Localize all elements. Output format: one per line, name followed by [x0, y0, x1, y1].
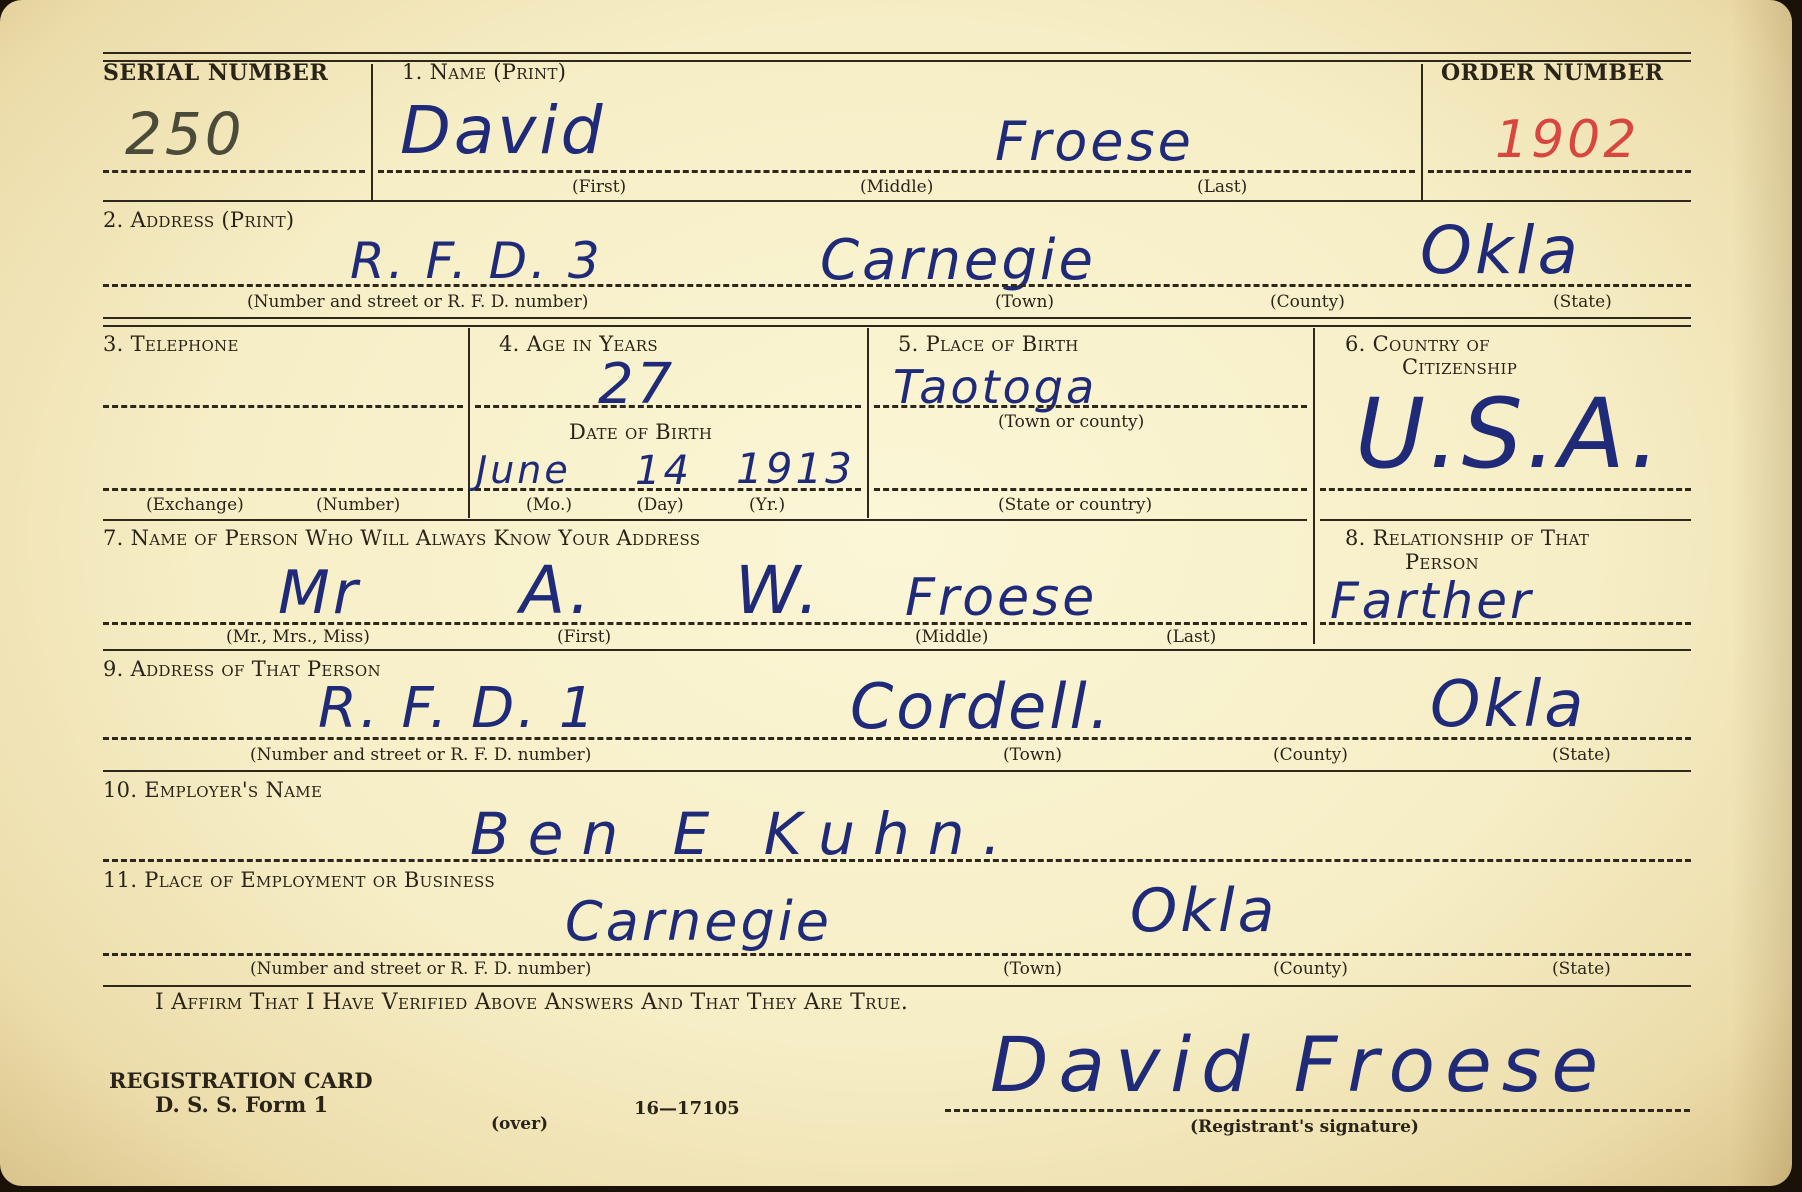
place-of-birth-label: 5. Place of Birth	[898, 332, 1079, 356]
col-divider-2	[867, 328, 869, 518]
relationship-label-1: 8. Relationship of That	[1345, 526, 1589, 550]
contact-addr-state-caption: (State)	[1552, 745, 1611, 765]
contact-name-line	[103, 622, 1307, 625]
contact-name-label: 7. Name of Person Who Will Always Know Y…	[103, 526, 700, 550]
dob-year-value: 1913	[736, 444, 855, 493]
row2-rule-1	[103, 317, 1691, 319]
form-title: REGISTRATION CARD	[109, 1068, 373, 1093]
dob-line	[475, 488, 861, 491]
serial-line	[103, 170, 365, 173]
name-middle-caption: (Middle)	[860, 177, 933, 197]
dob-mo-caption: (Mo.)	[526, 495, 572, 515]
contact-first-caption: (First)	[557, 627, 611, 647]
order-number-label: ORDER NUMBER	[1441, 60, 1664, 86]
telephone-label: 3. Telephone	[103, 332, 239, 356]
contact-first-value: A.	[520, 552, 593, 629]
citizenship-label-1: 6. Country of	[1345, 332, 1490, 356]
name-label: 1. Name (Print)	[402, 60, 566, 84]
date-of-birth-label: Date of Birth	[569, 420, 712, 444]
contact-middle-value: W.	[735, 552, 822, 629]
contact-title-value: Mr	[278, 558, 360, 628]
name-last-caption: (Last)	[1197, 177, 1247, 197]
col-divider-1	[468, 328, 470, 518]
tel-number-caption: (Number)	[316, 495, 400, 515]
name-first-value: David	[400, 92, 606, 169]
row7-bottom-rule	[103, 649, 1691, 651]
telephone-line	[103, 405, 463, 408]
employer-label: 10. Employer's Name	[103, 778, 322, 802]
row3-bottom-rule	[103, 519, 1307, 521]
contact-title-caption: (Mr., Mrs., Miss)	[226, 627, 370, 647]
address-county-caption: (County)	[1270, 292, 1345, 312]
relationship-line	[1320, 622, 1691, 625]
address-line	[103, 284, 1691, 287]
serial-number-label: SERIAL NUMBER	[103, 60, 328, 86]
contact-middle-caption: (Middle)	[915, 627, 988, 647]
dob-month-value: June	[476, 448, 571, 492]
tel-exchange-caption: (Exchange)	[146, 495, 244, 515]
employment-town-value: Carnegie	[565, 890, 832, 953]
card-edge-shadow	[1732, 0, 1792, 1186]
address-state-caption: (State)	[1553, 292, 1612, 312]
affirmation-text: I Affirm That I Have Verified Above Answ…	[155, 990, 908, 1015]
address-label: 2. Address (Print)	[103, 208, 294, 232]
row2-rule-2	[103, 325, 1691, 327]
employment-line	[103, 953, 1691, 956]
pob-town-caption: (Town or county)	[998, 412, 1144, 432]
age-line	[475, 405, 861, 408]
contact-addr-town-value: Cordell.	[850, 670, 1112, 743]
print-code: 16—17105	[634, 1098, 740, 1119]
contact-addr-street-caption: (Number and street or R. F. D. number)	[250, 745, 591, 765]
contact-addr-county-caption: (County)	[1273, 745, 1348, 765]
pob-state-caption: (State or country)	[998, 495, 1152, 515]
serial-divider	[371, 64, 373, 200]
col-divider-3	[1313, 328, 1315, 644]
row1-bottom-rule	[103, 200, 1691, 202]
signature-value: David Froese	[990, 1020, 1608, 1109]
address-street-value: R. F. D. 3	[350, 232, 603, 290]
address-street-caption: (Number and street or R. F. D. number)	[247, 292, 588, 312]
name-last-value: Froese	[995, 110, 1194, 173]
contact-addr-town-caption: (Town)	[1003, 745, 1062, 765]
dob-day-caption: (Day)	[637, 495, 684, 515]
citizenship-line	[1320, 488, 1691, 491]
order-number-value: 1902	[1495, 110, 1639, 170]
emp-state-caption: (State)	[1552, 959, 1611, 979]
name-first-caption: (First)	[572, 177, 626, 197]
contact-last-value: Froese	[905, 568, 1097, 628]
row11-bottom-rule	[103, 985, 1691, 987]
citizenship-value: U.S.A.	[1355, 378, 1663, 490]
relationship-label-2: Person	[1405, 550, 1479, 574]
dob-yr-caption: (Yr.)	[749, 495, 785, 515]
order-line	[1428, 170, 1691, 173]
employment-place-label: 11. Place of Employment or Business	[103, 868, 495, 892]
employer-line	[103, 859, 1691, 862]
emp-county-caption: (County)	[1273, 959, 1348, 979]
pob-town-line	[874, 405, 1307, 408]
name-line	[378, 170, 1415, 173]
registration-card: SERIAL NUMBER 1. Name (Print) ORDER NUMB…	[0, 0, 1792, 1186]
emp-town-caption: (Town)	[1003, 959, 1062, 979]
address-state-value: Okla	[1420, 212, 1581, 289]
address-town-caption: (Town)	[995, 292, 1054, 312]
signature-caption: (Registrant's signature)	[1190, 1117, 1419, 1137]
emp-street-caption: (Number and street or R. F. D. number)	[250, 959, 591, 979]
contact-last-caption: (Last)	[1166, 627, 1216, 647]
top-rule	[103, 52, 1691, 54]
employment-state-value: Okla	[1130, 876, 1277, 946]
employer-value: Ben E Kuhn.	[470, 800, 1019, 868]
signature-line[interactable]	[945, 1109, 1690, 1112]
over-note: (over)	[491, 1114, 548, 1134]
form-id: D. S. S. Form 1	[155, 1092, 328, 1117]
serial-number-value: 250	[125, 100, 245, 168]
telephone-line-2	[103, 488, 463, 491]
pob-state-line	[874, 488, 1307, 491]
row9-bottom-rule	[103, 770, 1691, 772]
order-divider	[1421, 64, 1423, 200]
contact-addr-state-value: Okla	[1430, 668, 1586, 742]
contact-addr-street-value: R. F. D. 1	[318, 676, 597, 741]
contact-address-line	[103, 737, 1691, 740]
citizenship-label-2: Citizenship	[1402, 355, 1517, 379]
row3-bottom-rule-right	[1320, 519, 1691, 521]
